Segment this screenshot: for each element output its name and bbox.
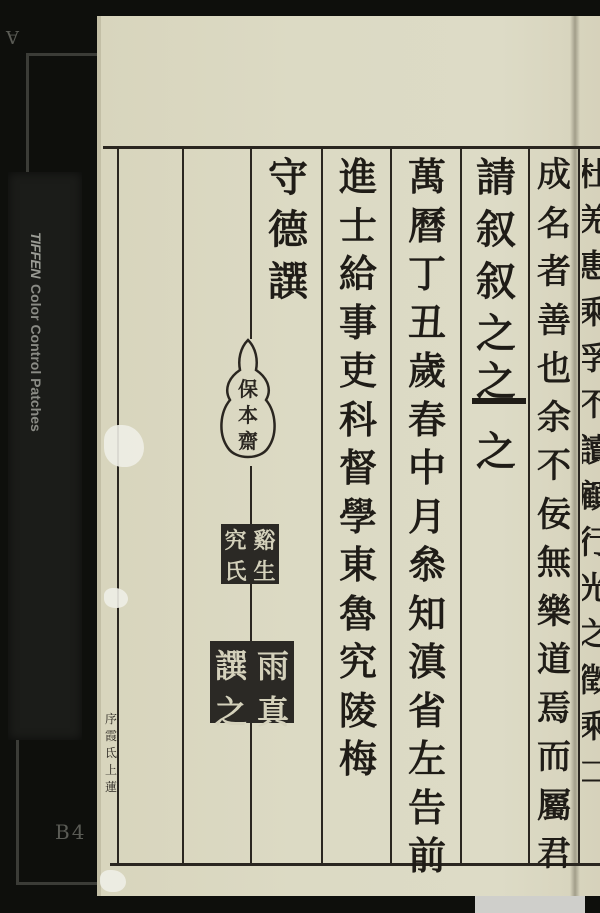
color-chart-caption: Color Control Patches bbox=[28, 284, 44, 432]
column-rule bbox=[460, 149, 462, 863]
text-column-title: 請叙叙之 bbox=[466, 158, 526, 366]
tiffen-logo: TIFFEN bbox=[28, 232, 44, 278]
text-mark-zhi: 之 bbox=[466, 362, 526, 414]
column-rule bbox=[578, 149, 580, 863]
paper-damage bbox=[104, 588, 128, 608]
paper-damage bbox=[104, 425, 144, 467]
background-frame-bottom bbox=[16, 740, 103, 885]
column-rule bbox=[528, 149, 530, 863]
spine-block-text: 序霞氐上蓮 bbox=[104, 710, 118, 795]
column-rule bbox=[250, 584, 252, 641]
column-rule bbox=[390, 149, 392, 863]
column-rule bbox=[321, 149, 323, 863]
text-column-date: 萬曆丁丑歲春中月叅知滇省左告前 bbox=[397, 158, 457, 886]
square-seal-small: 究谿 氏生 bbox=[221, 524, 279, 584]
column-rule bbox=[182, 149, 184, 863]
top-border-rule bbox=[103, 146, 600, 149]
column-rule bbox=[250, 149, 252, 339]
heavy-stroke-mark bbox=[472, 398, 526, 404]
text-column-next-page: 杜羌惠乘孚不讀顧行光之徵乘二 bbox=[582, 158, 600, 802]
paper-damage bbox=[100, 870, 126, 892]
bottom-border-rule bbox=[110, 863, 600, 866]
square-seal-large: 譔雨 之真 bbox=[210, 641, 294, 723]
background-frame-top bbox=[26, 53, 99, 176]
svg-text:保: 保 bbox=[238, 377, 258, 401]
chart-marker-a: A bbox=[6, 26, 19, 47]
chart-marker-b4: B4 bbox=[55, 820, 86, 844]
column-rule bbox=[250, 723, 252, 863]
text-column-preface: 成名者善也余不佞無樂道焉而屬君 bbox=[531, 158, 577, 886]
column-rule bbox=[250, 466, 252, 524]
color-control-strip: TIFFENColor Control Patches bbox=[8, 172, 82, 740]
text-column-author-name: 守德譔 bbox=[258, 158, 318, 314]
gourd-seal-icon: 保 本 齋 bbox=[218, 338, 278, 466]
text-column-author-title: 進士給事吏科督學東魯究陵梅 bbox=[328, 158, 388, 789]
underlying-paper bbox=[475, 896, 585, 913]
svg-text:本: 本 bbox=[238, 403, 258, 427]
photo-scene: A B4 TIFFENColor Control Patches 守德譔 進士給… bbox=[0, 0, 600, 913]
text-mark-zhi: 之 bbox=[466, 432, 526, 484]
svg-text:齋: 齋 bbox=[238, 429, 258, 453]
color-chart-label: TIFFENColor Control Patches bbox=[28, 232, 44, 432]
